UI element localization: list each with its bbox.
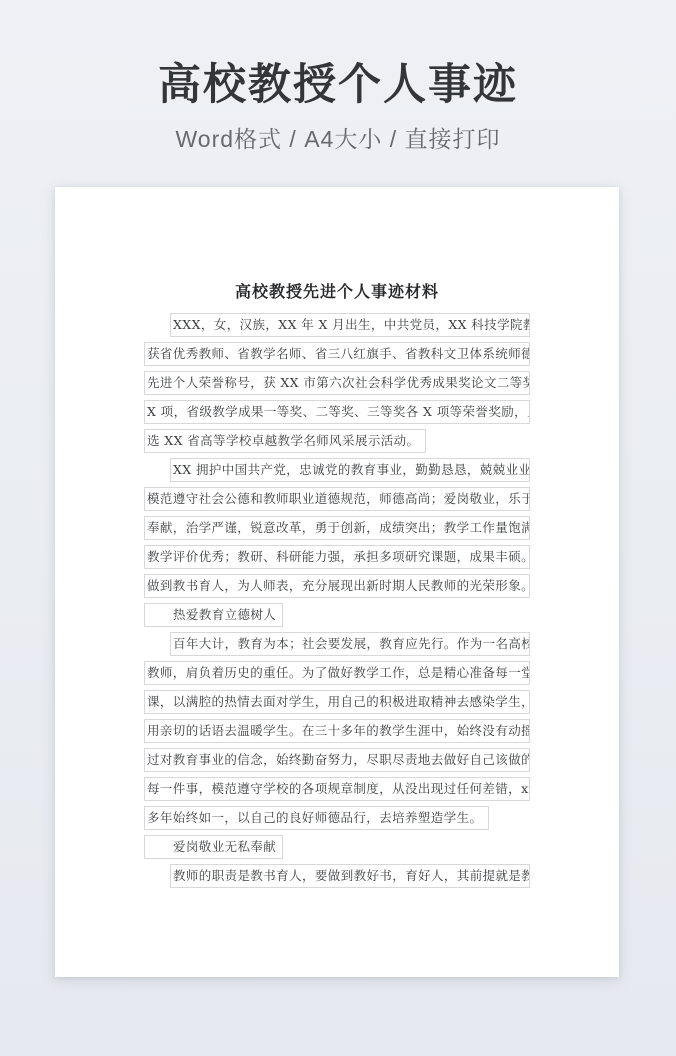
document-body: XXX，女，汉族，XX 年 X 月出生，中共党员，XX 科技学院教授，获省优秀教… [144, 313, 530, 888]
doc-line: XXX，女，汉族，XX 年 X 月出生，中共党员，XX 科技学院教授， [170, 313, 530, 337]
doc-line: 爱岗敬业无私奉献 [144, 835, 283, 859]
doc-line: X 项，省级教学成果一等奖、二等奖、三等奖各 X 项等荣誉奖励，入 [144, 400, 530, 424]
page-title: 高校教授个人事迹 [0, 0, 676, 109]
doc-line: 教师，肩负着历史的重任。为了做好教学工作，总是精心准备每一堂 [144, 661, 530, 685]
doc-line: 教师的职责是教书育人，要做到教好书，育好人，其前提就是教 [170, 864, 530, 888]
doc-line: 奉献，治学严谨，锐意改革，勇于创新，成绩突出；教学工作量饱满， [144, 516, 530, 540]
doc-line: 获省优秀教师、省教学名师、省三八红旗手、省教科文卫体系统师德 [144, 342, 530, 366]
hero-header: 高校教授个人事迹 Word格式 / A4大小 / 直接打印 [0, 0, 676, 154]
doc-line: XX 拥护中国共产党，忠诚党的教育事业，勤勤恳恳，兢兢业业， [170, 458, 530, 482]
doc-line: 模范遵守社会公德和教师职业道德规范，师德高尚；爱岗敬业，乐于 [144, 487, 530, 511]
doc-line: 热爱教育立德树人 [144, 603, 283, 627]
doc-line: 教学评价优秀；教研、科研能力强，承担多项研究课题，成果丰硕。 [144, 545, 530, 569]
doc-line: 百年大计，教育为本；社会要发展，教育应先行。作为一名高校 [170, 632, 530, 656]
page-subtitle: Word格式 / A4大小 / 直接打印 [0, 121, 676, 154]
doc-line: 多年始终如一，以自己的良好师德品行，去培养塑造学生。 [144, 806, 489, 830]
document-preview-sheet: 高校教授先进个人事迹材料 XXX，女，汉族，XX 年 X 月出生，中共党员，XX… [55, 187, 619, 977]
doc-line: 每一件事，模范遵守学校的各项规章制度，从没出现过任何差错，xx [144, 777, 530, 801]
doc-line: 课，以满腔的热情去面对学生，用自己的积极进取精神去感染学生， [144, 690, 530, 714]
doc-line: 用亲切的话语去温暖学生。在三十多年的教学生涯中，始终没有动摇 [144, 719, 530, 743]
doc-line: 选 XX 省高等学校卓越教学名师风采展示活动。 [144, 429, 426, 453]
doc-line: 过对教育事业的信念，始终勤奋努力，尽职尽责地去做好自己该做的 [144, 748, 530, 772]
document-title: 高校教授先进个人事迹材料 [55, 187, 619, 302]
doc-line: 先进个人荣誉称号，获 XX 市第六次社会科学优秀成果奖论文二等奖 [144, 371, 530, 395]
doc-line: 做到教书育人，为人师表，充分展现出新时期人民教师的光荣形象。 [144, 574, 530, 598]
